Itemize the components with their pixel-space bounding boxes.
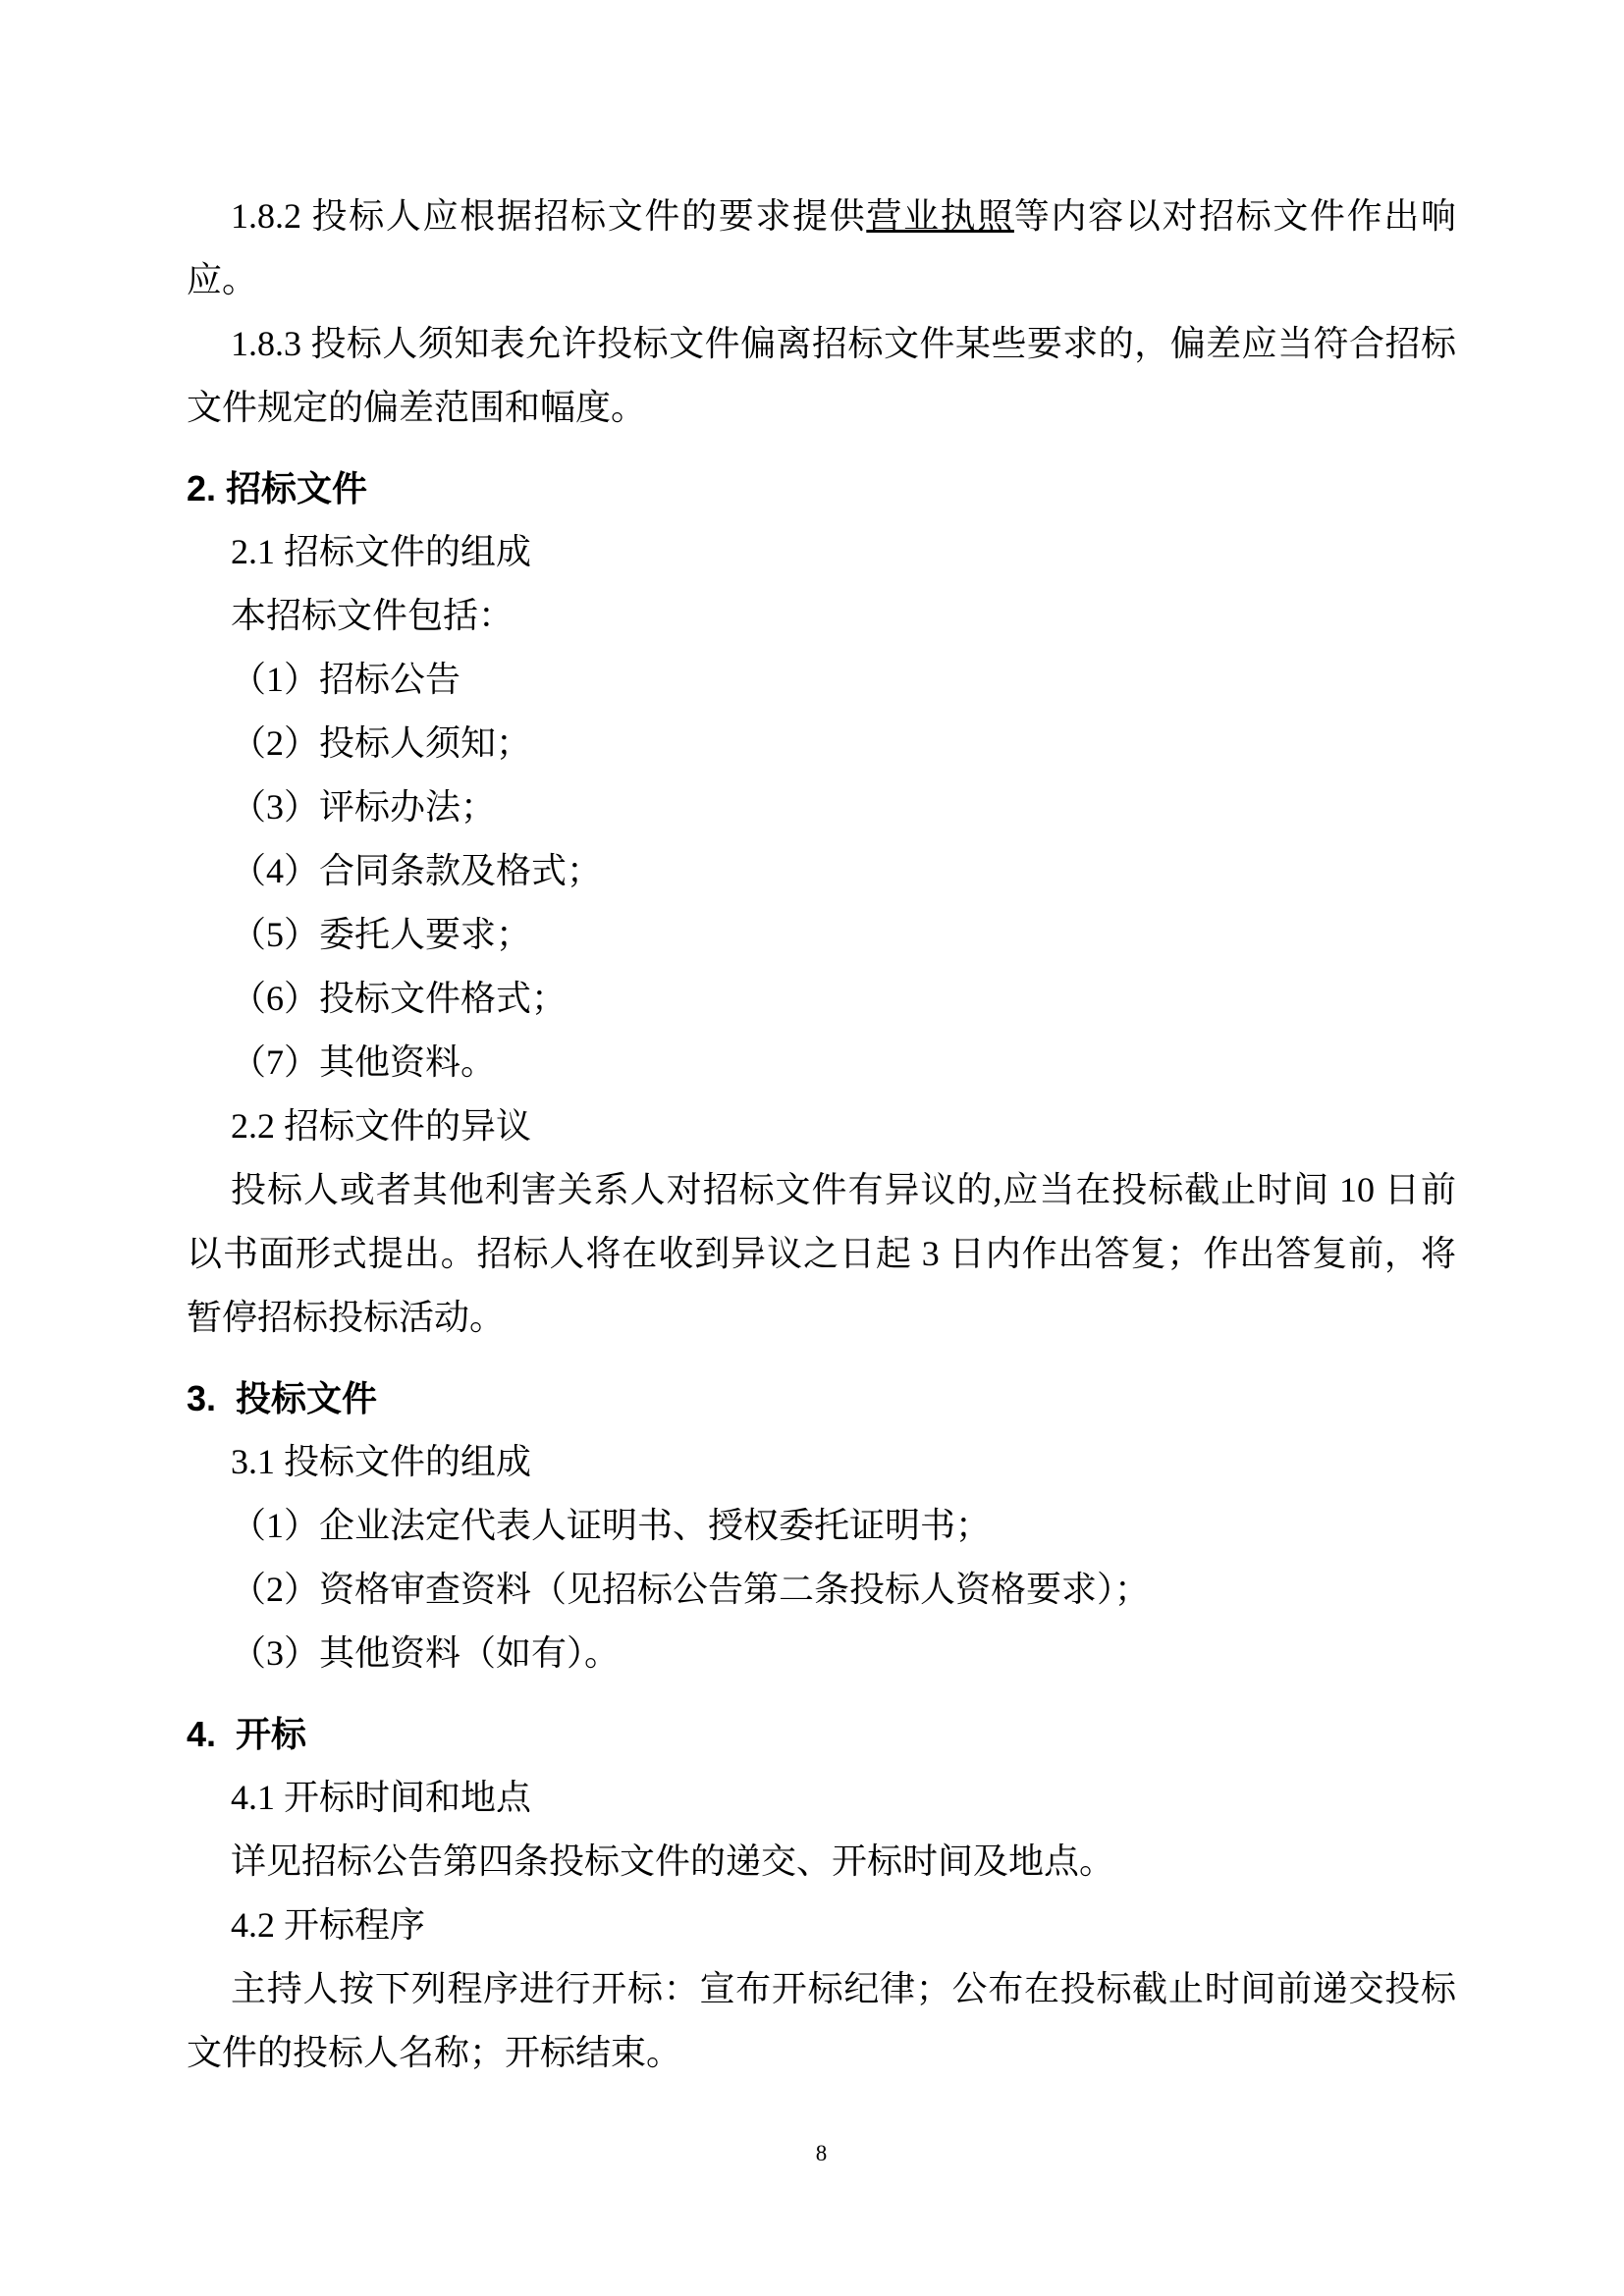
- underlined-business-license: 营业执照: [866, 196, 1014, 236]
- tender-doc-item-1: （1）招标公告: [187, 648, 1456, 712]
- clause-4-1-title: 4.1 开标时间和地点: [187, 1766, 1456, 1830]
- paragraph-1-8-3: 1.8.3 投标人须知表允许投标文件偏离招标文件某些要求的，偏差应当符合招标文件…: [187, 312, 1456, 440]
- document-body: 1.8.2 投标人应根据招标文件的要求提供营业执照等内容以对招标文件作出响应。 …: [187, 185, 1456, 2085]
- clause-2-1-title: 2.1 招标文件的组成: [187, 520, 1456, 584]
- tender-doc-item-2: （2）投标人须知；: [187, 712, 1456, 775]
- bid-doc-item-3: （3）其他资料（如有）。: [187, 1622, 1456, 1685]
- section-4-heading: 4. 开标: [187, 1702, 1456, 1766]
- paragraph-1-8-2-prefix: 1.8.2 投标人应根据招标文件的要求提供: [231, 196, 866, 236]
- page-number: 8: [187, 2142, 1456, 2164]
- tender-doc-item-4: （4）合同条款及格式；: [187, 839, 1456, 903]
- tender-doc-item-6: （6）投标文件格式；: [187, 967, 1456, 1031]
- bid-doc-item-2: （2）资格审查资料（见招标公告第二条投标人资格要求）；: [187, 1558, 1456, 1622]
- clause-4-1-body: 详见招标公告第四条投标文件的递交、开标时间及地点。: [187, 1830, 1456, 1894]
- tender-doc-item-3: （3）评标办法；: [187, 775, 1456, 839]
- tender-doc-item-7: （7）其他资料。: [187, 1031, 1456, 1095]
- clause-2-1-intro: 本招标文件包括：: [187, 584, 1456, 648]
- bid-doc-item-1: （1）企业法定代表人证明书、授权委托证明书；: [187, 1494, 1456, 1558]
- section-3-heading: 3. 投标文件: [187, 1366, 1456, 1430]
- paragraph-1-8-2: 1.8.2 投标人应根据招标文件的要求提供营业执照等内容以对招标文件作出响应。: [187, 185, 1456, 312]
- clause-4-2-title: 4.2 开标程序: [187, 1894, 1456, 1957]
- document-page: 1.8.2 投标人应根据招标文件的要求提供营业执照等内容以对招标文件作出响应。 …: [0, 0, 1624, 2296]
- clause-2-2-title: 2.2 招标文件的异议: [187, 1095, 1456, 1158]
- tender-doc-item-5: （5）委托人要求；: [187, 903, 1456, 967]
- section-2-heading: 2. 招标文件: [187, 456, 1456, 520]
- clause-2-2-body: 投标人或者其他利害关系人对招标文件有异议的,应当在投标截止时间 10 日前以书面…: [187, 1158, 1456, 1350]
- clause-3-1-title: 3.1 投标文件的组成: [187, 1430, 1456, 1494]
- clause-4-2-body: 主持人按下列程序进行开标：宣布开标纪律；公布在投标截止时间前递交投标文件的投标人…: [187, 1957, 1456, 2085]
